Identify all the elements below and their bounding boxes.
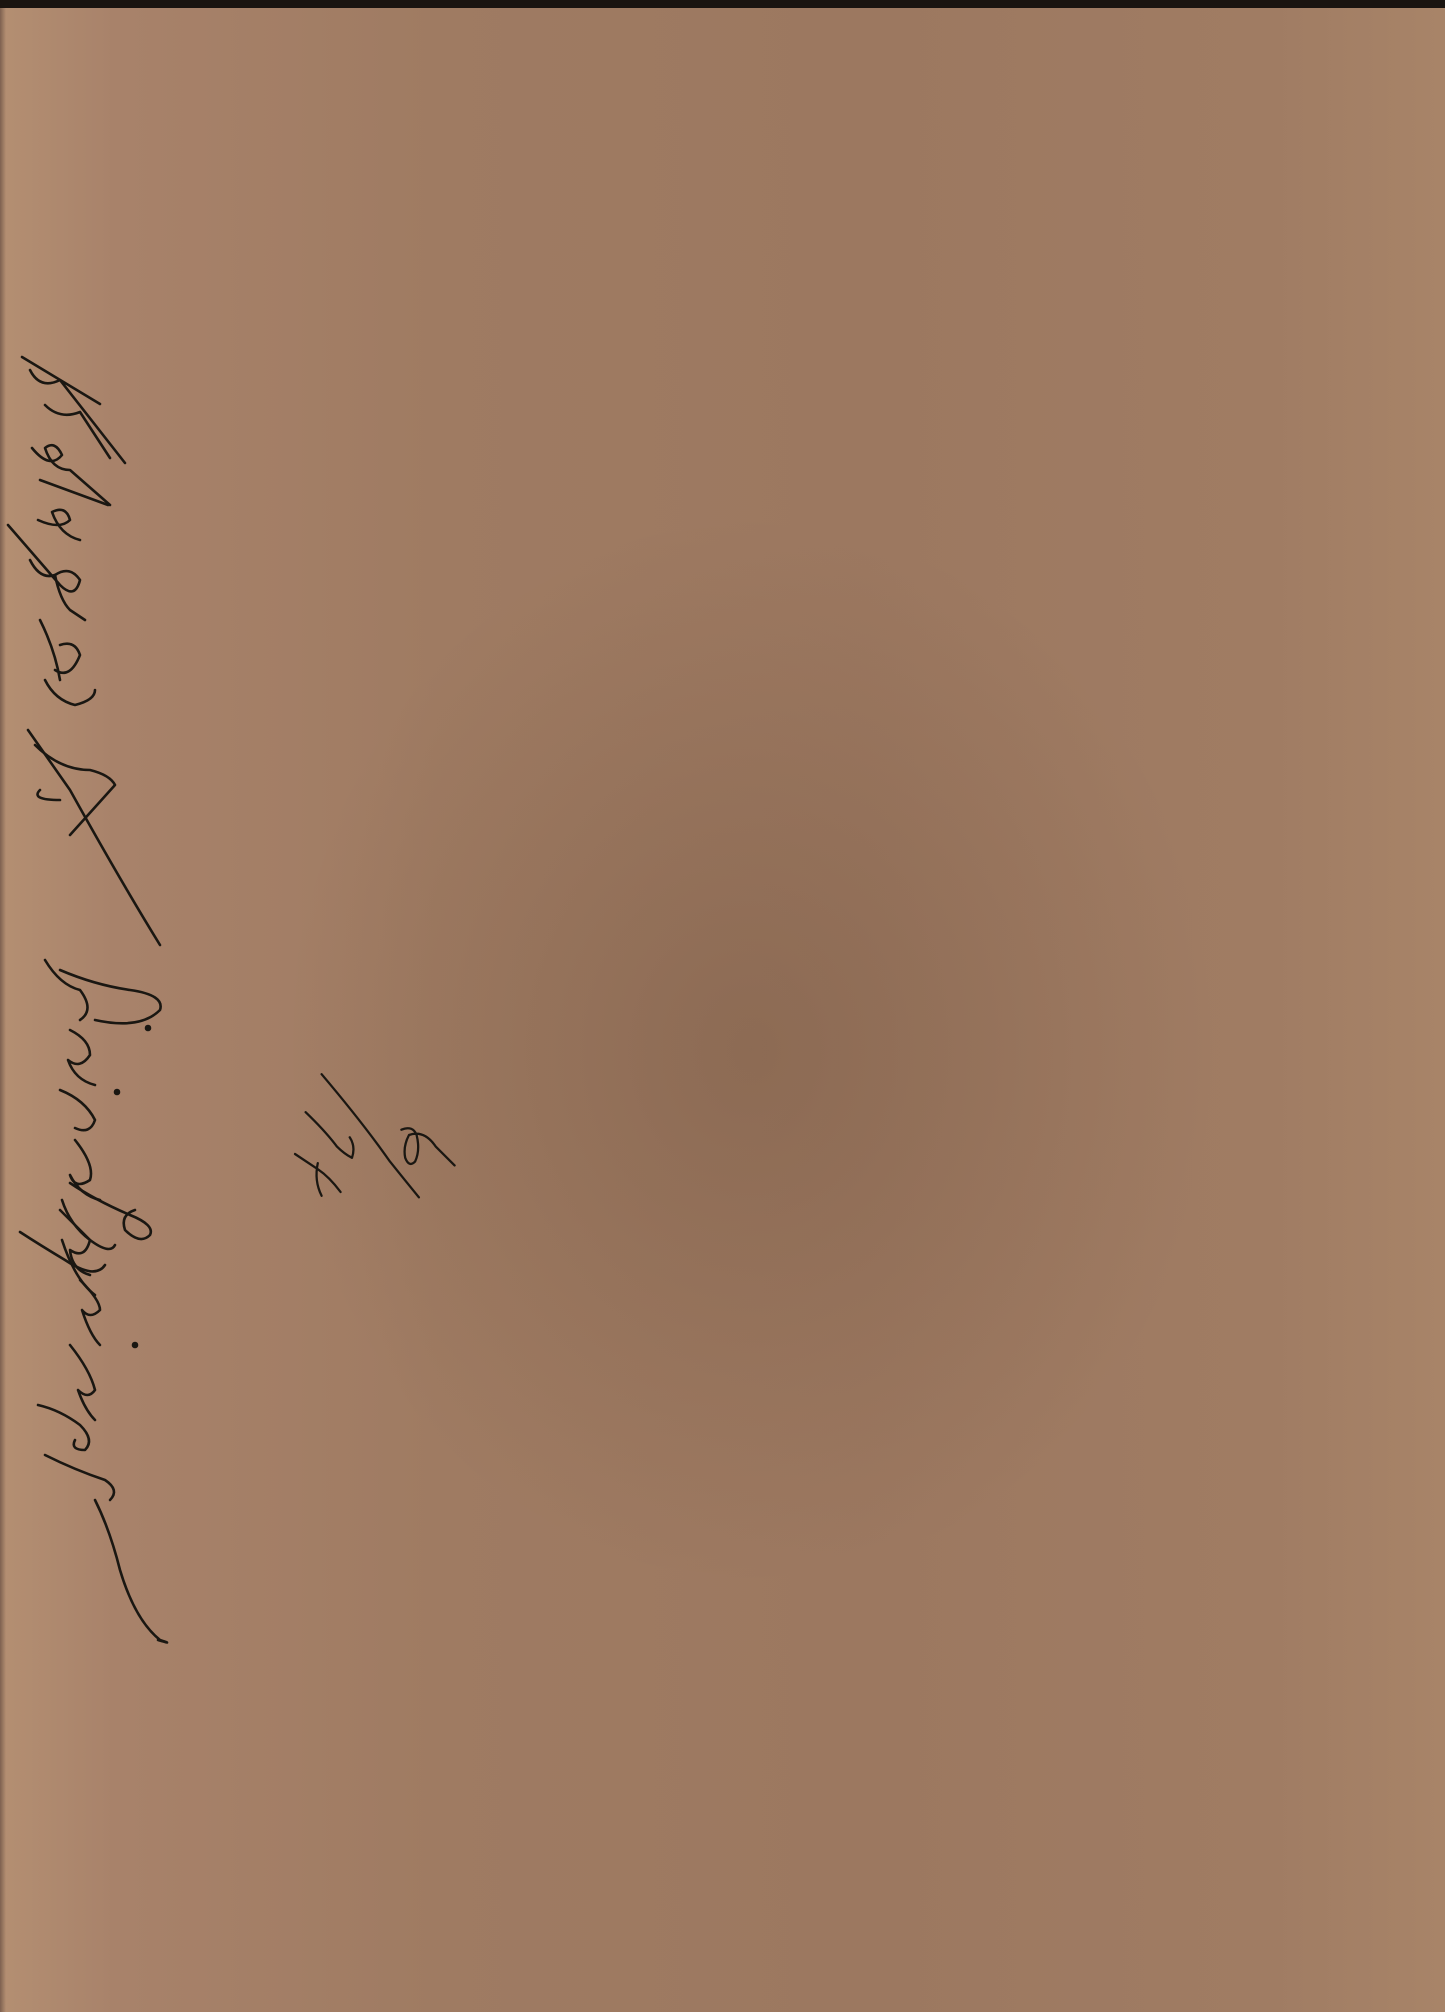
reference-fraction: 6/74 <box>290 1040 490 1230</box>
handwriting-ink <box>0 0 1445 2012</box>
